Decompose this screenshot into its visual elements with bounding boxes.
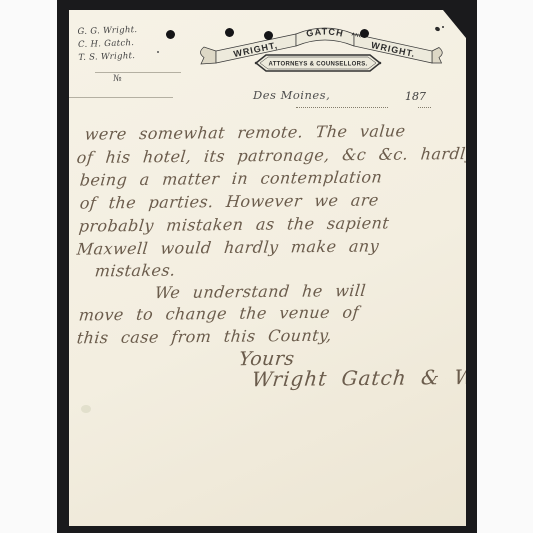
ruled-line (69, 97, 173, 98)
dateline-rule (418, 107, 431, 108)
dateline-year: 187 (405, 90, 426, 103)
letter-line: We understand he will (154, 281, 367, 302)
photo-backdrop: G. G. Wright. C. H. Gatch. T. S. Wright.… (57, 0, 477, 533)
letter-line: Maxwell would hardly make any (76, 236, 380, 258)
ribbon-tail-right (432, 48, 442, 64)
punch-hole (360, 29, 369, 38)
letterhead-banner: WRIGHT, GATCH AND WRIGHT. ATTORNEYS & CO… (196, 21, 446, 75)
dateline-city: Des Moines, (253, 88, 330, 102)
punch-hole (264, 31, 273, 40)
letter-line: being a matter in contemplation (79, 167, 383, 189)
letter-line: were somewhat remote. The value (84, 121, 406, 143)
punch-hole (166, 30, 175, 39)
letter-line: of the parties. However we are (79, 190, 380, 212)
letter-line: move to change the venue of (78, 303, 360, 325)
punch-hole (225, 28, 234, 37)
partner-names: G. G. Wright. C. H. Gatch. T. S. Wright. (77, 24, 138, 65)
letter-line: mistakes. (94, 261, 176, 281)
letterhead-subtitle: ATTORNEYS & COUNSELLORS. (269, 62, 368, 68)
ink-speck (157, 51, 159, 53)
letter-line: of his hotel, its patronage, &c &c. hard… (76, 144, 476, 167)
dateline-rule (296, 107, 388, 108)
signature-line: Wright Gatch & W. (251, 365, 481, 391)
letter-photo: G. G. Wright. C. H. Gatch. T. S. Wright.… (0, 0, 533, 533)
ruled-line (95, 72, 181, 73)
letter-line: this case from this County, (76, 326, 333, 348)
letter-line: probably mistaken as the sapient (78, 213, 390, 235)
paper-smudge (81, 405, 91, 413)
letter-paper: G. G. Wright. C. H. Gatch. T. S. Wright.… (69, 10, 466, 526)
number-label: № (113, 74, 122, 84)
ribbon-tail-left (201, 47, 217, 64)
partner-name: T. S. Wright. (78, 50, 138, 65)
